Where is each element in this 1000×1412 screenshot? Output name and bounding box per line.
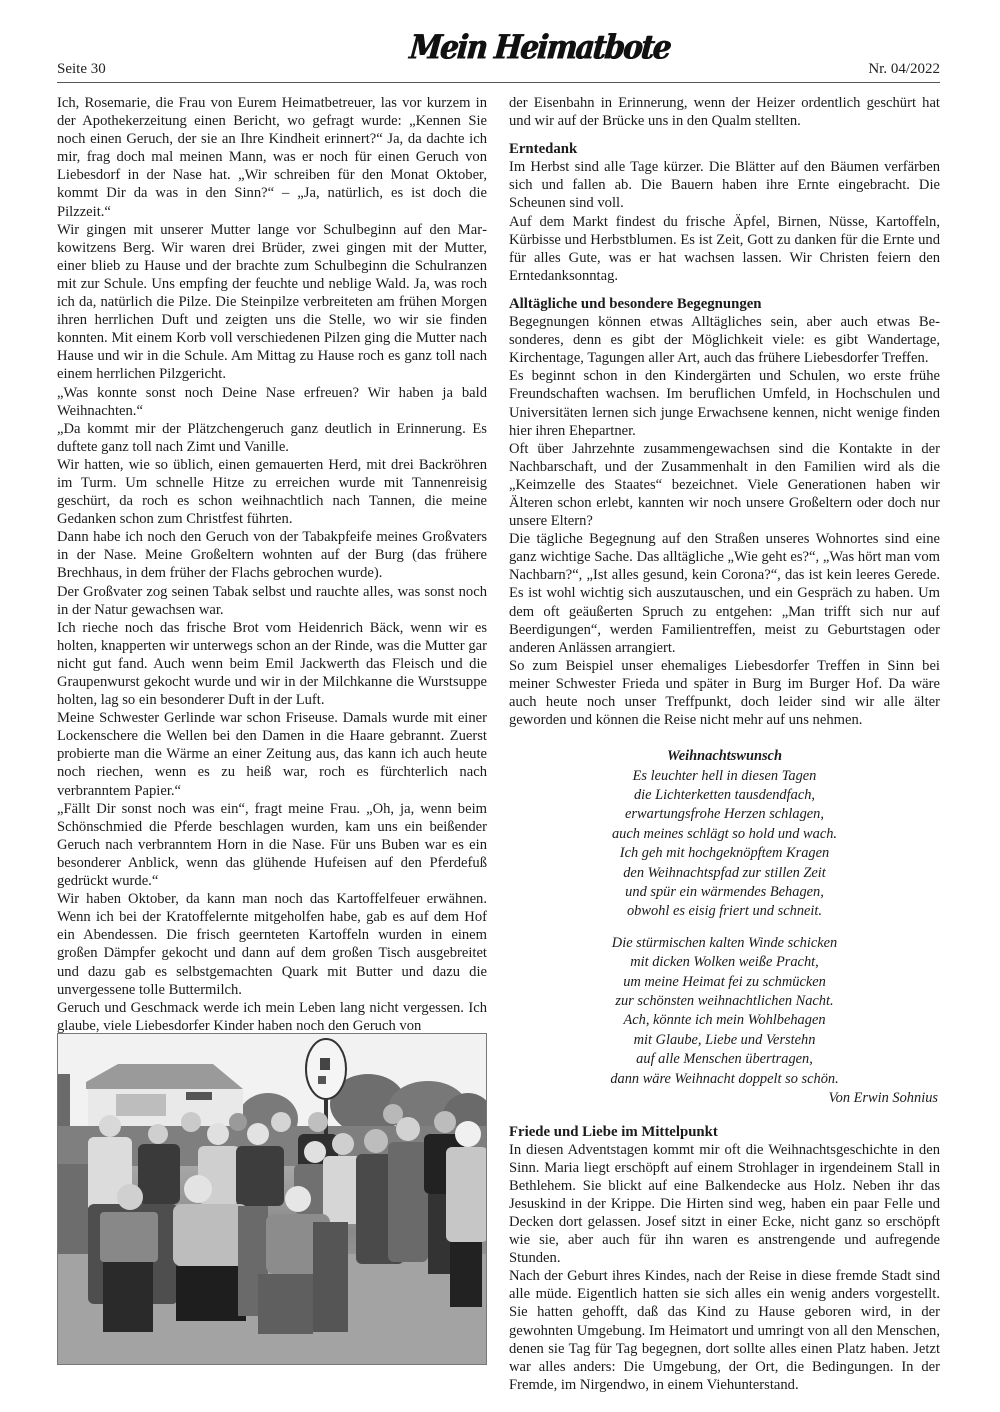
- paragraph: In diesen Adventstagen kommt mir oft die…: [509, 1141, 940, 1268]
- right-column: der Eisenbahn in Erinnerung, wenn der He…: [509, 94, 940, 1394]
- poem-line: zur schönsten weihnachtlichen Nacht.: [509, 992, 940, 1011]
- masthead-logo: Mein Heimatbote: [408, 27, 672, 66]
- poem-stanza: Die stürmischen kalten Winde schicken mi…: [509, 934, 940, 1089]
- paragraph: „Da kommt mir der Plätzchengeruch ganz d…: [57, 420, 487, 456]
- left-column: Ich, Rosemarie, die Frau von Eurem Heima…: [57, 94, 487, 1035]
- paragraph: Auf dem Markt findest du frische Äpfel, …: [509, 213, 940, 285]
- poem-line: auf alle Menschen übertragen,: [509, 1050, 940, 1069]
- poem-line: erwartungsfrohe Herzen schlagen,: [509, 805, 940, 824]
- poem-stanza: Es leuchter hell in diesen Tagen die Lic…: [509, 767, 940, 922]
- page-number: Seite 30: [57, 61, 106, 78]
- paragraph: Es beginnt schon in den Kindergärten und…: [509, 367, 940, 439]
- poem-line: Die stürmischen kalten Winde schicken: [509, 934, 940, 953]
- paragraph: Im Herbst sind alle Tage kürzer. Die Blä…: [509, 158, 940, 212]
- section-heading: Erntedank: [509, 140, 940, 158]
- poem-line: Es leuchter hell in diesen Tagen: [509, 767, 940, 786]
- paragraph: Wir hatten, wie so üblich, einen gemauer…: [57, 456, 487, 528]
- poem: Weihnachtswunsch Es leuchter hell in die…: [509, 747, 940, 1108]
- section-heading: Alltägliche und besondere Begegnungen: [509, 295, 940, 313]
- continued-paragraph: der Eisenbahn in Erinnerung, wenn der He…: [509, 94, 940, 130]
- paragraph: Wir haben Oktober, da kann man noch das …: [57, 890, 487, 999]
- section-friede-und-liebe: Friede und Liebe im Mittelpunkt In diese…: [509, 1123, 940, 1394]
- group-photo-illustration: [58, 1034, 487, 1365]
- group-photo: [57, 1033, 487, 1365]
- poem-line: Ach, könnte ich mein Wohlbehagen: [509, 1011, 940, 1030]
- paragraph: Dann habe ich noch den Geruch von der Ta…: [57, 528, 487, 582]
- paragraph: Meine Schwester Gerlinde war schon Frise…: [57, 709, 487, 799]
- paragraph: Oft über Jahrzehnte zusammengewachsen si…: [509, 440, 940, 530]
- poem-title: Weihnachtswunsch: [509, 747, 940, 766]
- section-heading: Friede und Liebe im Mittelpunkt: [509, 1123, 940, 1141]
- poem-line: mit dicken Wolken weiße Pracht,: [509, 953, 940, 972]
- paragraph: „Was konnte sonst noch Deine Nase erfreu…: [57, 384, 487, 420]
- poem-author: Von Erwin Sohnius: [509, 1089, 940, 1108]
- section-begegnungen: Alltägliche und besondere Begegnungen Be…: [509, 295, 940, 729]
- poem-line: dann wäre Weihnacht doppelt so schön.: [509, 1070, 940, 1089]
- paragraph: Geruch und Geschmack werde ich mein Lebe…: [57, 999, 487, 1035]
- poem-line: um meine Heimat fei zu schmücken: [509, 973, 940, 992]
- issue-number: Nr. 04/2022: [868, 61, 940, 78]
- paragraph: Begegnungen können etwas Alltägliches se…: [509, 313, 940, 367]
- poem-line: mit Glaube, Liebe und Verstehn: [509, 1031, 940, 1050]
- paragraph: Ich rieche noch das frische Brot vom Hei…: [57, 619, 487, 709]
- paragraph: Wir gingen mit unserer Mutter lange vor …: [57, 221, 487, 384]
- section-erntedank: Erntedank Im Herbst sind alle Tage kürze…: [509, 140, 940, 285]
- paragraph: Der Großvater zog seinen Tabak selbst un…: [57, 583, 487, 619]
- poem-line: den Weihnachtspfad zur stillen Zeit: [509, 864, 940, 883]
- poem-line: Ich geh mit hochgeknöpftem Kragen: [509, 844, 940, 863]
- poem-line: und spür ein wärmendes Behagen,: [509, 883, 940, 902]
- poem-line: obwohl es eisig friert und schneit.: [509, 902, 940, 921]
- poem-line: die Lichterketten tausdendfach,: [509, 786, 940, 805]
- paragraph: Nach der Geburt ihres Kindes, nach der R…: [509, 1267, 940, 1394]
- poem-line: auch meines schlägt so hold und wach.: [509, 825, 940, 844]
- paragraph: Die tägliche Begegnung auf den Straßen u…: [509, 530, 940, 657]
- page-header: Seite 30 Mein Heimatbote Nr. 04/2022: [57, 28, 940, 83]
- paragraph: „Fällt Dir sonst noch was ein“, fragt me…: [57, 800, 487, 890]
- paragraph: Ich, Rosemarie, die Frau von Eurem Heima…: [57, 94, 487, 221]
- paragraph: So zum Beispiel unser ehemaliges Liebesd…: [509, 657, 940, 729]
